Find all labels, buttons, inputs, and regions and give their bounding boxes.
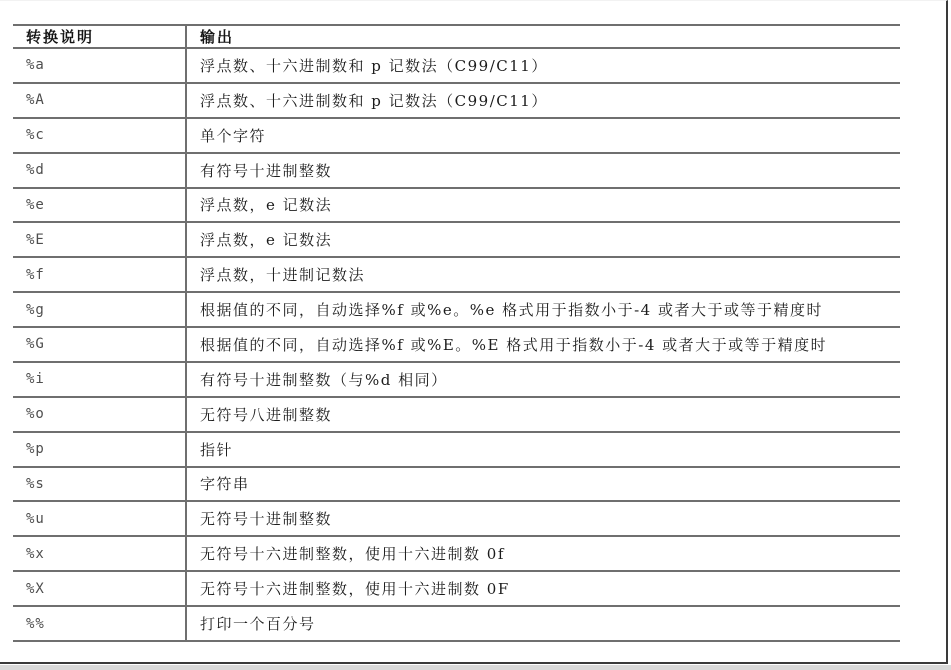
table-row: %c单个字符: [13, 118, 900, 153]
conversion-spec: %A: [13, 83, 186, 118]
table-row: %e浮点数，e 记数法: [13, 188, 900, 223]
header-conversion-spec: 转换说明: [13, 25, 186, 48]
page: 转换说明 输出 %a浮点数、十六进制数和 p 记数法（C99/C11）%A浮点数…: [0, 0, 951, 670]
table-row: %d有符号十进制整数: [13, 153, 900, 188]
output-description: 无符号十六进制整数，使用十六进制数 0f: [186, 536, 900, 571]
output-description: 根据值的不同，自动选择%f 或%E。%E 格式用于指数小于-4 或者大于或等于精…: [186, 327, 900, 362]
table-row: %p指针: [13, 432, 900, 467]
conversion-spec: %%: [13, 606, 186, 641]
output-description: 指针: [186, 432, 900, 467]
output-description: 浮点数、十六进制数和 p 记数法（C99/C11）: [186, 83, 900, 118]
table-row: %E浮点数，e 记数法: [13, 222, 900, 257]
output-description: 字符串: [186, 467, 900, 502]
output-description: 有符号十进制整数: [186, 153, 900, 188]
table-row: %f浮点数，十进制记数法: [13, 257, 900, 292]
table-row: %s字符串: [13, 467, 900, 502]
output-description: 浮点数，十进制记数法: [186, 257, 900, 292]
conversion-spec: %o: [13, 397, 186, 432]
table-row: %A浮点数、十六进制数和 p 记数法（C99/C11）: [13, 83, 900, 118]
conversion-spec: %p: [13, 432, 186, 467]
conversion-spec: %a: [13, 48, 186, 83]
output-description: 浮点数、十六进制数和 p 记数法（C99/C11）: [186, 48, 900, 83]
output-description: 无符号八进制整数: [186, 397, 900, 432]
printf-conversion-table: 转换说明 输出 %a浮点数、十六进制数和 p 记数法（C99/C11）%A浮点数…: [13, 24, 900, 642]
conversion-spec: %u: [13, 501, 186, 536]
table-row: %%打印一个百分号: [13, 606, 900, 641]
table-row: %g根据值的不同，自动选择%f 或%e。%e 格式用于指数小于-4 或者大于或等…: [13, 292, 900, 327]
conversion-spec: %X: [13, 571, 186, 606]
conversion-spec: %g: [13, 292, 186, 327]
image-frame: 转换说明 输出 %a浮点数、十六进制数和 p 记数法（C99/C11）%A浮点数…: [0, 0, 948, 664]
conversion-spec: %G: [13, 327, 186, 362]
conversion-spec: %f: [13, 257, 186, 292]
conversion-spec: %s: [13, 467, 186, 502]
conversion-spec: %E: [13, 222, 186, 257]
bottom-edge-strip: [0, 665, 951, 670]
table-row: %G根据值的不同，自动选择%f 或%E。%E 格式用于指数小于-4 或者大于或等…: [13, 327, 900, 362]
conversion-spec: %x: [13, 536, 186, 571]
table-header-row: 转换说明 输出: [13, 25, 900, 48]
output-description: 根据值的不同，自动选择%f 或%e。%e 格式用于指数小于-4 或者大于或等于精…: [186, 292, 900, 327]
table-row: %i有符号十进制整数（与%d 相同）: [13, 362, 900, 397]
table-row: %u无符号十进制整数: [13, 501, 900, 536]
table-row: %o无符号八进制整数: [13, 397, 900, 432]
output-description: 单个字符: [186, 118, 900, 153]
table-row: %a浮点数、十六进制数和 p 记数法（C99/C11）: [13, 48, 900, 83]
table-row: %X无符号十六进制整数，使用十六进制数 0F: [13, 571, 900, 606]
header-output: 输出: [186, 25, 900, 48]
output-description: 浮点数，e 记数法: [186, 188, 900, 223]
conversion-spec: %d: [13, 153, 186, 188]
output-description: 有符号十进制整数（与%d 相同）: [186, 362, 900, 397]
table-row: %x无符号十六进制整数，使用十六进制数 0f: [13, 536, 900, 571]
output-description: 无符号十进制整数: [186, 501, 900, 536]
output-description: 无符号十六进制整数，使用十六进制数 0F: [186, 571, 900, 606]
conversion-spec: %e: [13, 188, 186, 223]
conversion-spec: %c: [13, 118, 186, 153]
conversion-spec: %i: [13, 362, 186, 397]
table-body: %a浮点数、十六进制数和 p 记数法（C99/C11）%A浮点数、十六进制数和 …: [13, 48, 900, 641]
output-description: 浮点数，e 记数法: [186, 222, 900, 257]
output-description: 打印一个百分号: [186, 606, 900, 641]
